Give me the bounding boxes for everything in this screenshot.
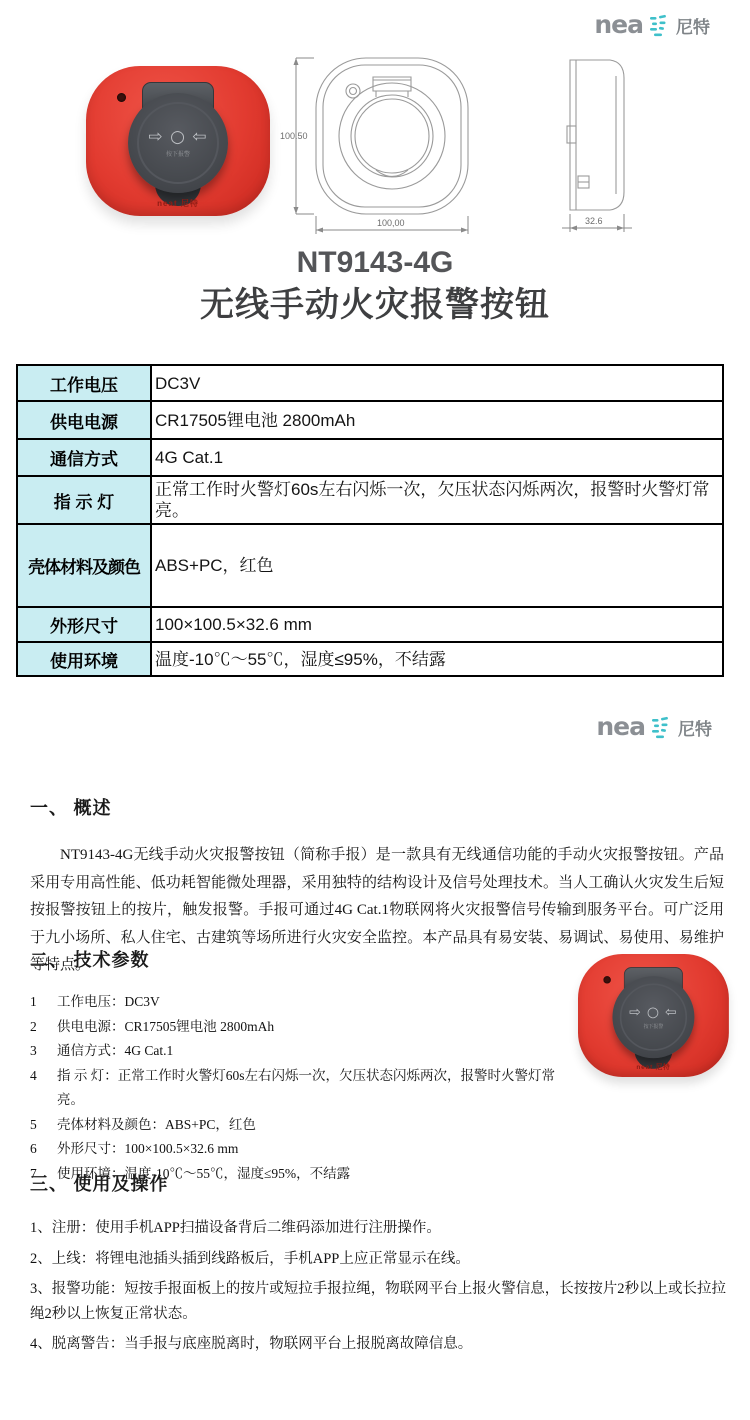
front-dimension-drawing: 100.50 100,00 <box>280 52 482 240</box>
title-block: NT9143-4G 无线手动火灾报警按钮 <box>0 244 750 328</box>
spec-value: 4G Cat.1 <box>151 439 723 476</box>
device-led-indicator <box>603 976 610 983</box>
device-led-indicator <box>117 93 126 102</box>
item-number: 2 <box>30 1015 57 1040</box>
table-row: 供电电源 CR17505锂电池 2800mAh <box>17 401 723 439</box>
list-item: 5 壳体材料及颜色：ABS+PC，红色 <box>30 1113 575 1138</box>
spec-label: 通信方式 <box>17 439 151 476</box>
brand-logo: nea 尼特 <box>594 12 710 38</box>
spec-value: 正常工作时火警灯60s左右闪烁一次，欠压状态闪烁两次，报警时火警灯常亮。 <box>151 476 723 524</box>
front-width-dim-label: 100,00 <box>377 218 405 228</box>
item-text: 上线：将锂电池插头插到线路板后，手机APP上应正常显示在线。 <box>52 1251 470 1267</box>
item-number: 1、 <box>30 1220 52 1236</box>
list-item: 4、脱离警告：当手报与底座脱离时，物联网平台上报脱离故障信息。 <box>30 1332 730 1357</box>
product-photo: ⇨ ○ ⇦ 按下报警 neat 尼特 <box>86 66 270 216</box>
spec-label: 供电电源 <box>17 401 151 439</box>
brand-logo-latin: nea <box>594 12 643 38</box>
spec-label: 壳体材料及颜色 <box>17 524 151 607</box>
table-row: 指 示 灯 正常工作时火警灯60s左右闪烁一次，欠压状态闪烁两次，报警时火警灯常… <box>17 476 723 524</box>
side-dimension-drawing: 32.6 <box>540 54 652 238</box>
device-alarm-button: ⇨ ○ ⇦ 按下报警 <box>612 976 694 1058</box>
item-text: 外形尺寸：100×100.5×32.6 mm <box>57 1137 238 1162</box>
spec-label: 指 示 灯 <box>17 476 151 524</box>
brand-logo-accent-icon <box>648 12 668 38</box>
item-number: 3、 <box>30 1281 52 1297</box>
fire-alarm-device: ⇨ ○ ⇦ 按下报警 neat 尼特 <box>86 66 270 216</box>
item-number: 3 <box>30 1039 57 1064</box>
spec-label: 外形尺寸 <box>17 607 151 642</box>
spec-value: ABS+PC，红色 <box>151 524 723 607</box>
spec-value: 温度-10℃～55℃，湿度≤95%，不结露 <box>151 642 723 676</box>
device-arrows-icon: ⇨ ○ ⇦ <box>148 128 207 146</box>
item-number: 6 <box>30 1137 57 1162</box>
section-operation-heading: 三、 使用及操作 <box>30 1170 730 1196</box>
table-row: 壳体材料及颜色 ABS+PC，红色 <box>17 524 723 607</box>
spec-table: 工作电压 DC3V 供电电源 CR17505锂电池 2800mAh 通信方式 4… <box>16 364 724 677</box>
spec-value: DC3V <box>151 365 723 401</box>
spec-value: CR17505锂电池 2800mAh <box>151 401 723 439</box>
item-number: 5 <box>30 1113 57 1138</box>
product-model: NT9143-4G <box>0 244 750 282</box>
brand-logo-latin: nea <box>596 714 645 740</box>
brand-logo-secondary: nea 尼特 <box>596 714 712 740</box>
list-item: 3 通信方式：4G Cat.1 <box>30 1039 575 1064</box>
list-item: 6 外形尺寸：100×100.5×32.6 mm <box>30 1137 575 1162</box>
item-text: 指 示 灯：正常工作时火警灯60s左右闪烁一次，欠压状态闪烁两次，报警时火警灯常… <box>57 1064 575 1113</box>
section-operation: 三、 使用及操作 1、注册：使用手机APP扫描设备背后二维码添加进行注册操作。 … <box>30 1170 730 1363</box>
list-item: 4 指 示 灯：正常工作时火警灯60s左右闪烁一次，欠压状态闪烁两次，报警时火警… <box>30 1064 575 1113</box>
operation-list: 1、注册：使用手机APP扫描设备背后二维码添加进行注册操作。 2、上线：将锂电池… <box>30 1216 730 1357</box>
item-text: 通信方式：4G Cat.1 <box>57 1039 173 1064</box>
item-number: 2、 <box>30 1251 52 1267</box>
tech-param-list: 1 工作电压：DC3V 2 供电电源：CR17505锂电池 2800mAh 3 … <box>30 990 575 1186</box>
device-brand-text: neat 尼特 <box>578 1062 729 1071</box>
device-arrows-icon: ⇨ ○ ⇦ <box>629 1005 677 1020</box>
item-text: 脱离警告：当手报与底座脱离时，物联网平台上报脱离故障信息。 <box>52 1336 473 1352</box>
spec-value: 100×100.5×32.6 mm <box>151 607 723 642</box>
brand-logo-cn: 尼特 <box>673 13 710 38</box>
front-height-dim-label: 100.50 <box>280 131 308 141</box>
list-item: 2、上线：将锂电池插头插到线路板后，手机APP上应正常显示在线。 <box>30 1247 730 1272</box>
brand-logo-cn: 尼特 <box>675 715 712 740</box>
device-button-caption: 按下报警 <box>166 149 190 158</box>
list-item: 1 工作电压：DC3V <box>30 990 575 1015</box>
section-tech-heading: 二、 技术参数 <box>30 946 575 972</box>
section-tech-params: 二、 技术参数 1 工作电压：DC3V 2 供电电源：CR17505锂电池 28… <box>30 946 575 1186</box>
item-number: 1 <box>30 990 57 1015</box>
item-number: 4 <box>30 1064 57 1113</box>
datasheet-page: nea 尼特 ⇨ ○ ⇦ 按下报警 neat 尼特 <box>0 0 750 1420</box>
section-overview-heading: 一、 概述 <box>30 794 724 820</box>
item-text: 注册：使用手机APP扫描设备背后二维码添加进行注册操作。 <box>52 1220 441 1236</box>
item-text: 壳体材料及颜色：ABS+PC，红色 <box>57 1113 256 1138</box>
side-depth-dim-label: 32.6 <box>585 216 603 226</box>
list-item: 2 供电电源：CR17505锂电池 2800mAh <box>30 1015 575 1040</box>
product-photo-secondary: ⇨ ○ ⇦ 按下报警 neat 尼特 <box>578 954 729 1077</box>
list-item: 3、报警功能：短按手报面板上的按片或短拉手报拉绳，物联网平台上报火警信息，长按按… <box>30 1277 730 1326</box>
table-row: 使用环境 温度-10℃～55℃，湿度≤95%，不结露 <box>17 642 723 676</box>
table-row: 工作电压 DC3V <box>17 365 723 401</box>
brand-logo-accent-icon <box>650 714 670 740</box>
table-row: 外形尺寸 100×100.5×32.6 mm <box>17 607 723 642</box>
spec-label: 使用环境 <box>17 642 151 676</box>
list-item: 1、注册：使用手机APP扫描设备背后二维码添加进行注册操作。 <box>30 1216 730 1241</box>
item-text: 报警功能：短按手报面板上的按片或短拉手报拉绳，物联网平台上报火警信息，长按按片2… <box>30 1281 726 1322</box>
item-number: 4、 <box>30 1336 52 1352</box>
table-row: 通信方式 4G Cat.1 <box>17 439 723 476</box>
device-brand-text: neat 尼特 <box>86 198 270 209</box>
product-name: 无线手动火灾报警按钮 <box>0 282 750 328</box>
item-text: 供电电源：CR17505锂电池 2800mAh <box>57 1015 274 1040</box>
fire-alarm-device: ⇨ ○ ⇦ 按下报警 neat 尼特 <box>578 954 729 1077</box>
spec-label: 工作电压 <box>17 365 151 401</box>
device-alarm-button: ⇨ ○ ⇦ 按下报警 <box>128 93 228 193</box>
device-button-caption: 按下报警 <box>644 1022 664 1029</box>
item-text: 工作电压：DC3V <box>57 990 160 1015</box>
